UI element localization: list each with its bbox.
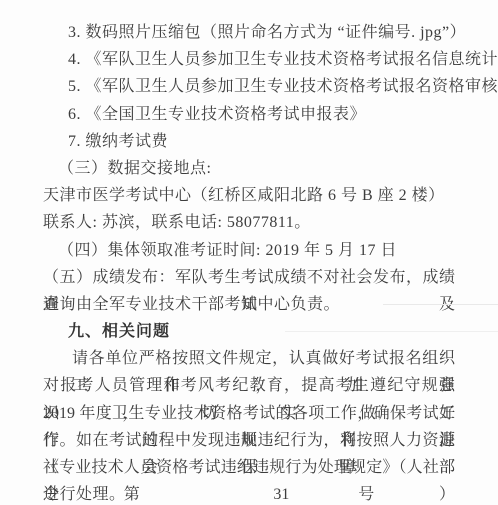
doc-line-item-5: 5. 《军队卫生人员参加卫生专业技术资格考试报名资格审核名册》 [43, 73, 455, 100]
doc-line-address: 天津市医学考试中心（红桥区咸阳北路 6 号 B 座 2 楼） [43, 182, 455, 209]
doc-line-item-6: 6. 《全国卫生专业技术资格考试申报表》 [43, 101, 455, 128]
scan-artifact-line [383, 304, 498, 305]
doc-line-contact: 联系人: 苏滨，联系电话: 58077811。 [43, 209, 455, 236]
doc-line-subhead-5: （五）成绩发布：军队考生考试成绩不对社会发布，成绩通知及 [43, 264, 455, 291]
doc-paragraph-line: 请各单位严格按照文件规定，认真做好考试报名组织工作，加强 [43, 345, 455, 372]
doc-line-subhead-3: （三）数据交接地点: [43, 155, 455, 182]
doc-line-item-7: 7. 缴纳考试费 [43, 128, 455, 155]
document-page: 3. 数码照片压缩包（照片命名方式为 “证件编号. jpg”） 4. 《军队卫生… [0, 0, 498, 505]
doc-paragraph-line: 2019 年度卫生专业技术资格考试的各项工作，确保考试工作的顺利进 [43, 400, 455, 427]
doc-line-item-4: 4. 《军队卫生人员参加卫生专业技术资格考试报名信息统计表》 [43, 46, 455, 73]
document-body: 3. 数码照片压缩包（照片命名方式为 “证件编号. jpg”） 4. 《军队卫生… [43, 19, 455, 505]
doc-paragraph-line: 对报考人员管理和考风考纪教育，提高考生遵纪守规意识，切实做好 [43, 372, 455, 399]
doc-paragraph-line: 《专业技术人员资格考试违纪违规行为处理规定》（人社部令第 31 号） [43, 454, 455, 481]
doc-paragraph-line: 行。如在考试过程中发现违规违纪行为，将按照人力资源社会保障部 [43, 427, 455, 454]
doc-line-item-3: 3. 数码照片压缩包（照片命名方式为 “证件编号. jpg”） [43, 19, 455, 46]
doc-line-subhead-4: （四）集体领取准考证时间: 2019 年 5 月 17 日 [43, 237, 455, 264]
scan-artifact-line [285, 331, 498, 332]
